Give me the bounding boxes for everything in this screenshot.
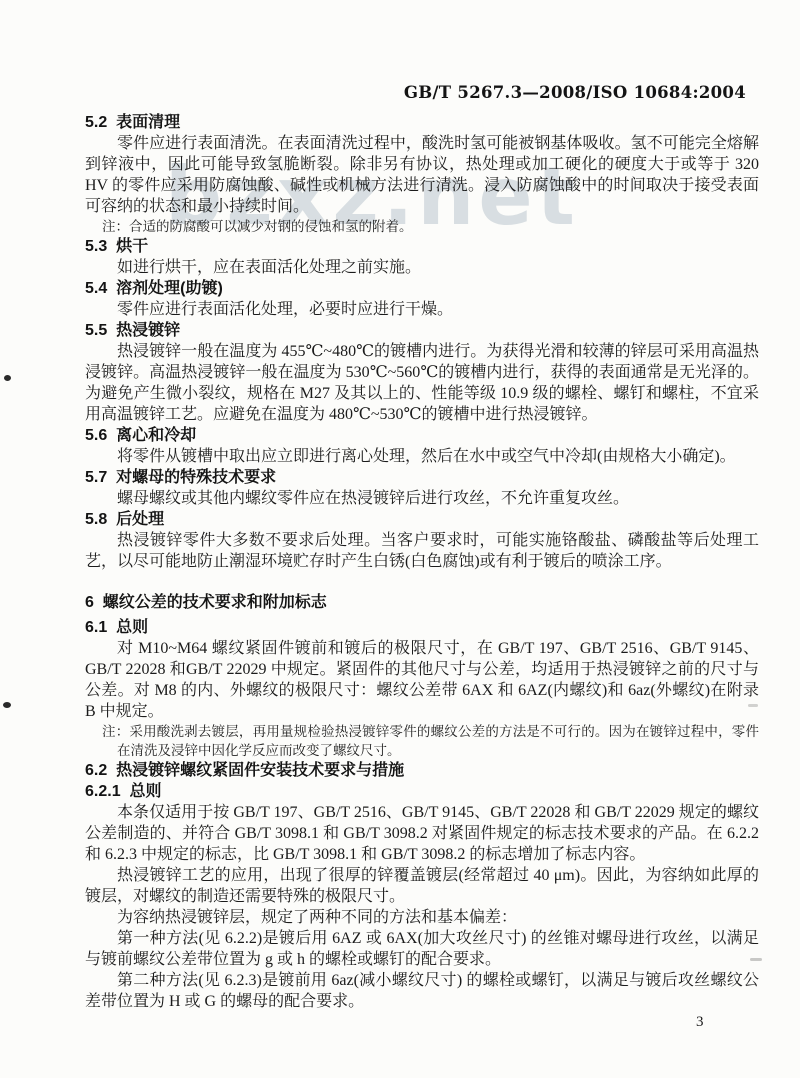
para-method-2: 第二种方法(见 6.2.3)是镀前用 6az(减小螺纹尺寸) 的螺栓或螺钉，以满…	[85, 970, 759, 1012]
para-5-4: 零件应进行表面活化处理，必要时应进行干燥。	[85, 299, 759, 320]
para-5-2: 零件应进行表面清洗。在表面清洗过程中，酸洗时氢可能被钢基体吸收。氢不可能完全熔解…	[85, 133, 759, 217]
heading-5-4: 5.4 溶剂处理(助镀)	[85, 278, 759, 299]
document-body: 5.2 表面清理 零件应进行表面清洗。在表面清洗过程中，酸洗时氢可能被钢基体吸收…	[85, 112, 759, 1012]
para-6-2-1-methods: 为容纳热浸镀锌层，规定了两种不同的方法和基本偏差：	[85, 907, 759, 928]
para-5-3: 如进行烘干，应在表面活化处理之前实施。	[85, 257, 759, 278]
heading-5-6: 5.6 离心和冷却	[85, 425, 759, 446]
standard-code-header: GB/T 5267.3—2008/ISO 10684:2004	[404, 83, 746, 102]
para-method-1: 第一种方法(见 6.2.2)是镀后用 6AZ 或 6AX(加大攻丝尺寸) 的丝锥…	[85, 928, 759, 970]
para-5-6: 将零件从镀槽中取出应立即进行离心处理，然后在水中或空气中冷却(由规格大小确定)。	[85, 446, 759, 467]
scan-artifact-smudge	[750, 958, 762, 961]
heading-5-7: 5.7 对螺母的特殊技术要求	[85, 467, 759, 488]
heading-6-2: 6.2 热浸镀锌螺纹紧固件安装技术要求与措施	[85, 760, 759, 781]
heading-6-1: 6.1 总则	[85, 617, 759, 638]
scan-artifact-dot	[3, 702, 11, 708]
heading-5-3: 5.3 烘干	[85, 236, 759, 257]
para-5-8: 热浸镀锌零件大多数不要求后处理。当客户要求时，可能实施铬酸盐、磷酸盐等后处理工艺…	[85, 530, 759, 572]
para-6-1: 对 M10~M64 螺纹紧固件镀前和镀后的极限尺寸，在 GB/T 197、GB/…	[85, 638, 759, 722]
para-5-5: 热浸镀锌一般在温度为 455℃~480℃的镀槽内进行。为获得光滑和较薄的锌层可采…	[85, 341, 759, 425]
para-5-7: 螺母螺纹或其他内螺纹零件应在热浸镀锌后进行攻丝，不允许重复攻丝。	[85, 488, 759, 509]
para-6-2-1-coating: 热浸镀锌工艺的应用，出现了很厚的锌覆盖镀层(经常超过 40 μm)。因此，为容纳…	[85, 865, 759, 907]
heading-5-8: 5.8 后处理	[85, 509, 759, 530]
heading-5-5: 5.5 热浸镀锌	[85, 320, 759, 341]
chapter-heading-6: 6 螺纹公差的技术要求和附加标志	[85, 592, 759, 613]
heading-6-2-1: 6.2.1 总则	[85, 781, 759, 802]
scan-artifact-smudge	[748, 704, 758, 707]
para-6-2-1-scope: 本条仅适用于按 GB/T 197、GB/T 2516、GB/T 9145、GB/…	[85, 802, 759, 865]
note-6-1: 注：采用酸洗剥去镀层，再用量规检验热浸镀锌零件的螺纹公差的方法是不可行的。因为在…	[85, 722, 759, 760]
heading-5-2: 5.2 表面清理	[85, 112, 759, 133]
page-number: 3	[696, 1014, 704, 1031]
scan-artifact-dot	[4, 375, 11, 381]
note-5-2: 注：合适的防腐酸可以减少对钢的侵蚀和氢的附着。	[85, 217, 759, 236]
